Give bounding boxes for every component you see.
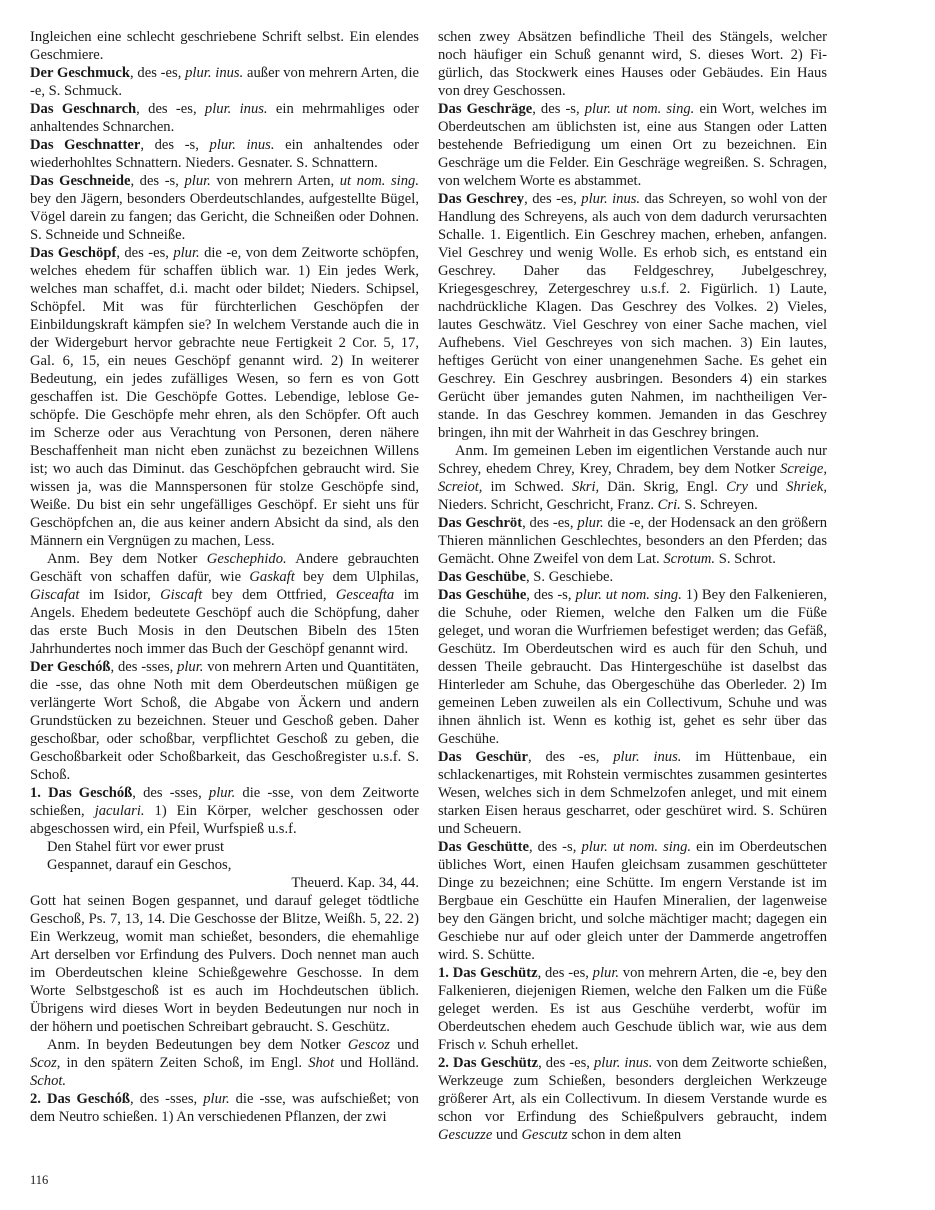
headword: Das Geschühe: [438, 587, 526, 603]
italic-term: Shriek,: [786, 479, 827, 495]
body-text: 1) Bey den Falkenie­ren, die Schuhe, ode…: [438, 587, 827, 747]
dictionary-entry: 2. Das Geschütz, des -es, plur. inus. vo…: [438, 1054, 827, 1144]
body-text: Den Stahel fürt vor ewer prust: [47, 839, 224, 855]
body-text: , des -s,: [526, 587, 575, 603]
body-text: ein im Oberdeut­schen übliches Wort, ein…: [438, 839, 827, 963]
page-number: 116: [30, 1173, 48, 1187]
body-text: , des -es,: [136, 101, 205, 117]
italic-term: plur. inus.: [185, 65, 243, 81]
headword: 1. Das Geschütz: [438, 965, 538, 981]
body-text: und: [492, 1127, 521, 1143]
body-text: das Schreyen, so wohl von der Handlung d…: [438, 191, 827, 441]
headword: Das Geschneide: [30, 173, 130, 189]
continuation-text: Ingleichen eine schlecht geschriebene Sc…: [30, 28, 419, 64]
headword: Das Geschnatter: [30, 137, 140, 153]
headword: Das Geschröt: [438, 515, 522, 531]
body-text: , des -sses,: [132, 785, 209, 801]
continuation-text: Gott hat seinen Bogen gespannet, und dar…: [30, 892, 419, 1036]
dictionary-entry: Das Geschneide, des -s, plur. von mehrer…: [30, 172, 419, 244]
body-text: , des -es,: [538, 1055, 594, 1071]
dictionary-entry: 1. Das Geschütz, des -es, plur. von mehr…: [438, 964, 827, 1054]
dictionary-entry: Der Geschóß, des -sses, plur. von mehrer…: [30, 658, 419, 784]
body-text: , des -es,: [524, 191, 581, 207]
continuation-text: schen zwey Absätzen befindliche Theil de…: [438, 28, 827, 100]
dictionary-entry: Das Geschöpf, des -es, plur. die -e, von…: [30, 244, 419, 550]
body-text: und Holländ.: [334, 1055, 419, 1071]
italic-term: Cri.: [658, 497, 681, 513]
body-text: in den spätern Zeiten Schoß, im Engl.: [60, 1055, 308, 1071]
body-text: , des -s,: [529, 839, 581, 855]
body-text: , des -es,: [130, 65, 185, 81]
dictionary-entry: Das Geschütte, des -s, plur. ut nom. sin…: [438, 838, 827, 964]
body-text: , des -es,: [522, 515, 577, 531]
italic-term: plur. inus.: [205, 101, 268, 117]
body-text: schen zwey Absätzen befindliche Theil de…: [438, 29, 827, 99]
italic-term: plur.: [593, 965, 619, 981]
body-text: , des -es,: [116, 245, 173, 261]
italic-term: plur.: [184, 173, 210, 189]
italic-term: Scoz,: [30, 1055, 60, 1071]
dictionary-page: Ingleichen eine schlecht geschriebene Sc…: [30, 28, 827, 1168]
italic-term: Geschephido.: [207, 551, 287, 567]
body-text: schon in dem alten: [568, 1127, 681, 1143]
italic-term: plur.: [209, 785, 235, 801]
italic-term: v.: [478, 1037, 487, 1053]
body-text: S. Schreyen.: [681, 497, 758, 513]
verse-line: Den Stahel fürt vor ewer prust: [30, 838, 419, 856]
body-text: Anm. In beyden Bedeutungen bey dem Notke…: [47, 1037, 348, 1053]
body-text: Theuerd. Kap. 34, 44.: [291, 875, 419, 891]
body-text: bey dem Ulphilas,: [295, 569, 419, 585]
italic-term: plur.: [577, 515, 603, 531]
body-text: Gespannet, darauf ein Geschos,: [47, 857, 231, 873]
headword: Das Geschöpf: [30, 245, 116, 261]
body-text: Anm. Im gemeinen Leben im eigentlichen V…: [438, 443, 827, 477]
body-text: im Isidor,: [79, 587, 160, 603]
italic-term: Cry: [726, 479, 748, 495]
body-text: , des -sses,: [111, 659, 178, 675]
italic-term: plur. inus.: [594, 1055, 652, 1071]
body-text: bey dem Ottfried,: [202, 587, 336, 603]
body-text: die -e, von dem Zeitworte schöpfen, welc…: [30, 245, 419, 549]
italic-term: Gesceafta: [336, 587, 394, 603]
headword: Das Geschübe: [438, 569, 526, 585]
italic-term: plur.: [203, 1091, 229, 1107]
italic-term: Giscafat: [30, 587, 79, 603]
italic-term: Gescuzze: [438, 1127, 492, 1143]
headword: Der Geschmuck: [30, 65, 130, 81]
italic-term: plur. inus.: [210, 137, 275, 153]
right-column: schen zwey Absätzen befindliche Theil de…: [438, 28, 827, 1144]
headword: Der Geschóß: [30, 659, 111, 675]
italic-term: ut nom. sing.: [340, 173, 419, 189]
dictionary-entry: Das Geschnarch, des -es, plur. inus. ein…: [30, 100, 419, 136]
headword: Das Geschrey: [438, 191, 524, 207]
italic-term: plur.: [177, 659, 203, 675]
headword: 1. Das Geschóß: [30, 785, 132, 801]
body-text: S. Schrot.: [715, 551, 776, 567]
body-text: Schuh erhellet.: [487, 1037, 578, 1053]
italic-term: Gescoz: [348, 1037, 390, 1053]
etymology-note: Anm. Im gemeinen Leben im eigentlichen V…: [438, 442, 827, 514]
italic-term: Gescutz: [522, 1127, 568, 1143]
body-text: , des -s,: [130, 173, 184, 189]
body-text: von mehrern Arten und Quanti­täten, die …: [30, 659, 419, 783]
italic-term: Scrotum.: [663, 551, 715, 567]
body-text: Ingleichen eine schlecht geschriebene Sc…: [30, 29, 419, 63]
body-text: Dän. Skrig, Engl.: [599, 479, 726, 495]
italic-term: plur.: [173, 245, 199, 261]
body-text: im Schwed.: [482, 479, 572, 495]
italic-term: Giscaft: [160, 587, 202, 603]
body-text: bey den Jägern, besonders Oberdeutschlan…: [30, 191, 419, 243]
body-text: von mehrern Arten,: [211, 173, 340, 189]
italic-term: Schot.: [30, 1073, 66, 1089]
dictionary-entry: Das Geschühe, des -s, plur. ut nom. sing…: [438, 586, 827, 748]
dictionary-entry: Der Geschmuck, des -es, plur. inus. auße…: [30, 64, 419, 100]
body-text: , des -s,: [140, 137, 209, 153]
body-text: , S. Geschiebe.: [526, 569, 613, 585]
headword: Das Geschnarch: [30, 101, 136, 117]
italic-term: Skri,: [572, 479, 599, 495]
etymology-note: Anm. Bey dem Notker Geschephido. Andere …: [30, 550, 419, 658]
verse-line: Gespannet, darauf ein Geschos,: [30, 856, 419, 874]
dictionary-entry: Das Geschnatter, des -s, plur. inus. ein…: [30, 136, 419, 172]
italic-term: jaculari.: [95, 803, 145, 819]
dictionary-entry: Das Geschrey, des -es, plur. inus. das S…: [438, 190, 827, 442]
italic-term: plur. ut nom. sing.: [575, 587, 681, 603]
body-text: und: [748, 479, 786, 495]
body-text: und: [390, 1037, 419, 1053]
verse-citation: Theuerd. Kap. 34, 44.: [30, 874, 419, 892]
left-column: Ingleichen eine schlecht geschriebene Sc…: [30, 28, 419, 1126]
headword: Das Geschütte: [438, 839, 529, 855]
italic-term: plur. inus.: [581, 191, 640, 207]
body-text: Gott hat seinen Bogen gespannet, und dar…: [30, 893, 419, 1035]
dictionary-entry: 1. Das Geschóß, des -sses, plur. die -ss…: [30, 784, 419, 838]
body-text: , des -sses,: [130, 1091, 203, 1107]
dictionary-entry: Das Geschübe, S. Geschiebe.: [438, 568, 827, 586]
body-text: , des -es,: [538, 965, 593, 981]
body-text: , des -es,: [528, 749, 613, 765]
italic-term: plur. ut nom. sing.: [581, 839, 691, 855]
dictionary-entry: Das Geschröt, des -es, plur. die -e, der…: [438, 514, 827, 568]
italic-term: Shot: [308, 1055, 334, 1071]
body-text: Nieders. Schricht, Geschricht, Franz.: [438, 497, 658, 513]
body-text: Anm. Bey dem Notker: [47, 551, 207, 567]
italic-term: plur. ut nom. sing.: [585, 101, 695, 117]
etymology-note: Anm. In beyden Bedeutungen bey dem Notke…: [30, 1036, 419, 1090]
italic-term: plur. inus.: [613, 749, 681, 765]
headword: 2. Das Geschóß: [30, 1091, 130, 1107]
headword: Das Geschräge: [438, 101, 532, 117]
headword: Das Geschür: [438, 749, 528, 765]
dictionary-entry: 2. Das Geschóß, des -sses, plur. die -ss…: [30, 1090, 419, 1126]
body-text: , des -s,: [532, 101, 584, 117]
italic-term: Gaskaft: [249, 569, 294, 585]
headword: 2. Das Geschütz: [438, 1055, 538, 1071]
dictionary-entry: Das Geschür, des -es, plur. inus. im Hüt…: [438, 748, 827, 838]
dictionary-entry: Das Geschräge, des -s, plur. ut nom. sin…: [438, 100, 827, 190]
